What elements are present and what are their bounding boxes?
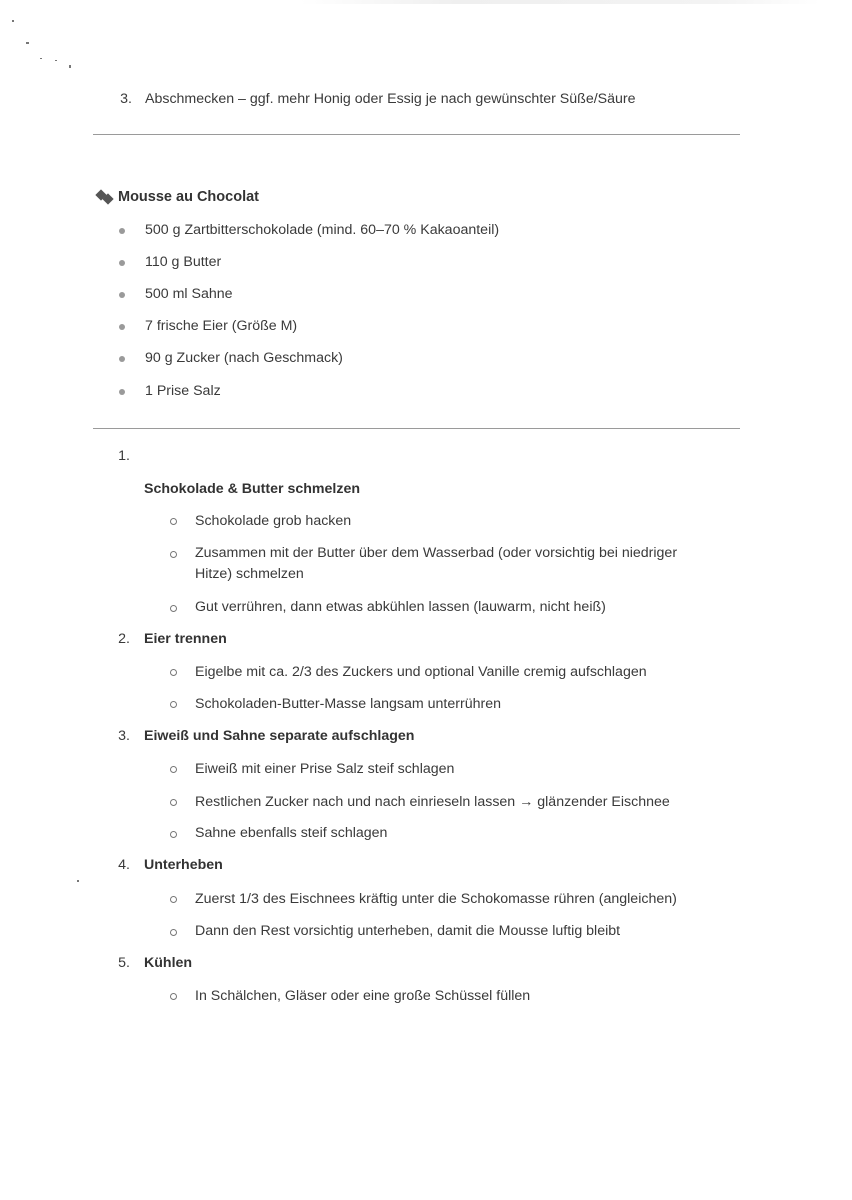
substep-item: Restlichen Zucker nach und nach einriese… [195, 794, 670, 810]
circle-bullet-icon [170, 518, 177, 525]
circle-bullet-icon [170, 669, 177, 676]
step-number: 4. [110, 857, 130, 873]
scan-bleed-through [300, 0, 820, 4]
step-number: 2. [110, 631, 130, 647]
ingredient-item: 90 g Zucker (nach Geschmack) [145, 350, 343, 366]
substep-item: In Schälchen, Gläser oder eine große Sch… [195, 988, 530, 1004]
circle-bullet-icon [170, 605, 177, 612]
circle-bullet-icon [170, 896, 177, 903]
step-number: 5. [110, 955, 130, 971]
divider [93, 134, 740, 135]
ingredient-item: 500 g Zartbitterschokolade (mind. 60–70 … [145, 222, 499, 238]
circle-bullet-icon [170, 831, 177, 838]
substep-item: Sahne ebenfalls steif schlagen [195, 825, 387, 841]
substep-item-continuation: Hitze) schmelzen [195, 566, 304, 582]
bullet-icon [119, 356, 125, 362]
step-title: Eier trennen [144, 631, 227, 647]
step-title: Kühlen [144, 955, 192, 971]
circle-bullet-icon [170, 929, 177, 936]
step-number: 1. [110, 448, 130, 464]
bullet-icon [119, 389, 125, 395]
ingredient-item: 110 g Butter [145, 254, 221, 270]
recipe-title: Mousse au Chocolat [118, 189, 259, 205]
substep-item: Eiweiß mit einer Prise Salz steif schlag… [195, 761, 454, 777]
diamond-bullet-icon [95, 188, 115, 210]
circle-bullet-icon [170, 799, 177, 806]
ingredient-item: 500 ml Sahne [145, 286, 233, 302]
ingredient-item: 7 frische Eier (Größe M) [145, 318, 297, 334]
substep-item: Dann den Rest vorsichtig unterheben, dam… [195, 923, 620, 939]
bullet-icon [119, 292, 125, 298]
divider [93, 428, 740, 429]
bullet-icon [119, 228, 125, 234]
step-title: Eiweiß und Sahne separate aufschlagen [144, 728, 414, 744]
step-title: Unterheben [144, 857, 223, 873]
circle-bullet-icon [170, 551, 177, 558]
step-number: 3. [110, 728, 130, 744]
ingredient-item: 1 Prise Salz [145, 383, 221, 399]
bullet-icon [119, 260, 125, 266]
substep-item: Eigelbe mit ca. 2/3 des Zuckers und opti… [195, 664, 647, 680]
substep-item: Zuerst 1/3 des Eischnees kräftig unter d… [195, 891, 677, 907]
circle-bullet-icon [170, 993, 177, 1000]
bullet-icon [119, 324, 125, 330]
circle-bullet-icon [170, 701, 177, 708]
prev-step-text: Abschmecken – ggf. mehr Honig oder Essig… [145, 91, 636, 107]
substep-item: Schokolade grob hacken [195, 513, 351, 529]
substep-item: Gut verrühren, dann etwas abkühlen lasse… [195, 599, 606, 615]
step-title: Schokolade & Butter schmelzen [144, 481, 360, 497]
substep-item: Schokoladen-Butter-Masse langsam unterrü… [195, 696, 501, 712]
circle-bullet-icon [170, 766, 177, 773]
prev-step-number: 3. [112, 91, 132, 107]
substep-item: Zusammen mit der Butter über dem Wasserb… [195, 545, 677, 561]
